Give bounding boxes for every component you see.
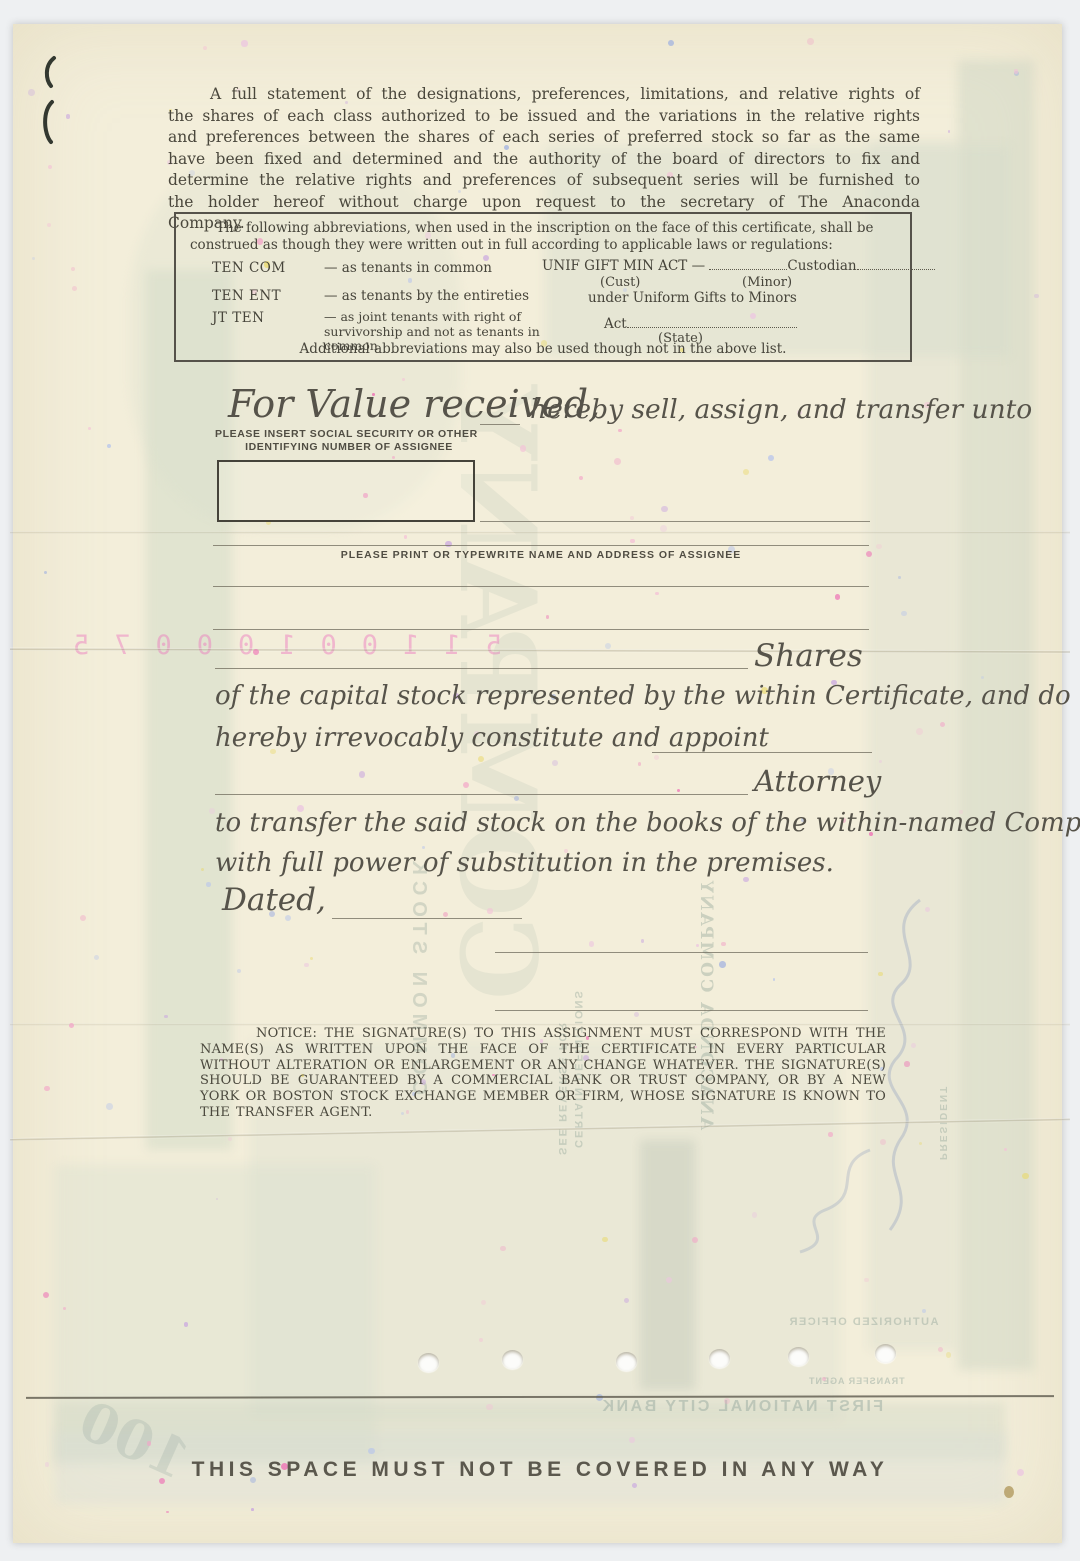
- assignee-line-3: [213, 629, 869, 630]
- abbr-ten-com: TEN COM: [212, 260, 286, 276]
- under-uniform-gifts: under Uniform Gifts to Minors: [588, 290, 797, 306]
- dated-text: Dated,: [222, 882, 326, 918]
- assignee-line-2: [213, 586, 869, 587]
- unif-gift-label: UNIF GIFT MIN ACT —: [542, 258, 705, 274]
- shares-text: Shares: [754, 638, 863, 674]
- notice-paragraph: NOTICE: THE SIGNATURE(S) TO THIS ASSIGNM…: [200, 1026, 886, 1121]
- appoint-text: hereby irrevocably constitute and appoin…: [215, 723, 769, 753]
- custodian-label: Custodian: [787, 258, 856, 274]
- capital-stock-text: of the capital stock represented by the …: [215, 681, 1071, 711]
- attorney-line: [215, 794, 748, 795]
- signature-line-2: [495, 1010, 868, 1011]
- abbreviations-intro: The following abbreviations, when used i…: [190, 220, 894, 254]
- abbr-jt-ten: JT TEN: [212, 310, 264, 326]
- scanned-certificate-back: 51100100075 COMPANY COMMON STOCK SEE REV…: [0, 0, 1080, 1561]
- signature-line-1: [495, 952, 868, 953]
- punch-hole: [875, 1344, 896, 1363]
- dated-line: [332, 918, 522, 919]
- act-label: Act: [604, 316, 627, 332]
- fold-crease-1: [10, 531, 1070, 534]
- cust-label: (Cust): [600, 275, 640, 290]
- print-name-label: PLEASE PRINT OR TYPEWRITE NAME AND ADDRE…: [213, 549, 869, 561]
- punch-hole: [788, 1347, 809, 1366]
- appoint-line: [652, 752, 872, 753]
- assignee-line-1: [213, 545, 869, 546]
- abbreviations-footer: Additional abbreviations may also be use…: [176, 341, 910, 357]
- shares-line: [215, 668, 748, 669]
- punch-hole: [502, 1350, 523, 1369]
- sell-assign-transfer-text: hereby sell, assign, and transfer unto: [530, 394, 1032, 425]
- abbr-ten-ent-def: — as tenants by the entireties: [324, 288, 529, 304]
- assignee-line-0: [480, 521, 870, 522]
- punch-hole: [709, 1349, 730, 1368]
- value-blank-line: [480, 424, 520, 425]
- unif-gift-row: UNIF GIFT MIN ACT — Custodian: [542, 258, 935, 274]
- act-row: Act: [604, 316, 797, 332]
- transfer-books-text: to transfer the said stock on the books …: [215, 808, 1080, 838]
- ink-marks: [36, 52, 70, 148]
- act-leader: [627, 316, 797, 328]
- full-power-text: with full power of substitution in the p…: [215, 848, 834, 878]
- punch-hole: [616, 1352, 637, 1371]
- minor-label: (Minor): [742, 275, 792, 290]
- abbreviations-box: The following abbreviations, when used i…: [174, 212, 912, 362]
- ssn-entry-box: [217, 460, 475, 522]
- custodian-leader-right: [857, 258, 935, 270]
- ssn-label-line1: PLEASE INSERT SOCIAL SECURITY OR OTHER: [215, 428, 478, 440]
- abbr-ten-com-def: — as tenants in common: [324, 260, 492, 276]
- paper-blemish: [1004, 1486, 1014, 1498]
- attorney-text: Attorney: [754, 764, 881, 798]
- do-not-cover-banner: THIS SPACE MUST NOT BE COVERED IN ANY WA…: [90, 1458, 990, 1482]
- custodian-leader-left: [709, 258, 787, 270]
- punch-hole: [418, 1353, 439, 1372]
- ssn-label-line2: IDENTIFYING NUMBER OF ASSIGNEE: [215, 441, 483, 453]
- abbr-ten-ent: TEN ENT: [212, 288, 281, 304]
